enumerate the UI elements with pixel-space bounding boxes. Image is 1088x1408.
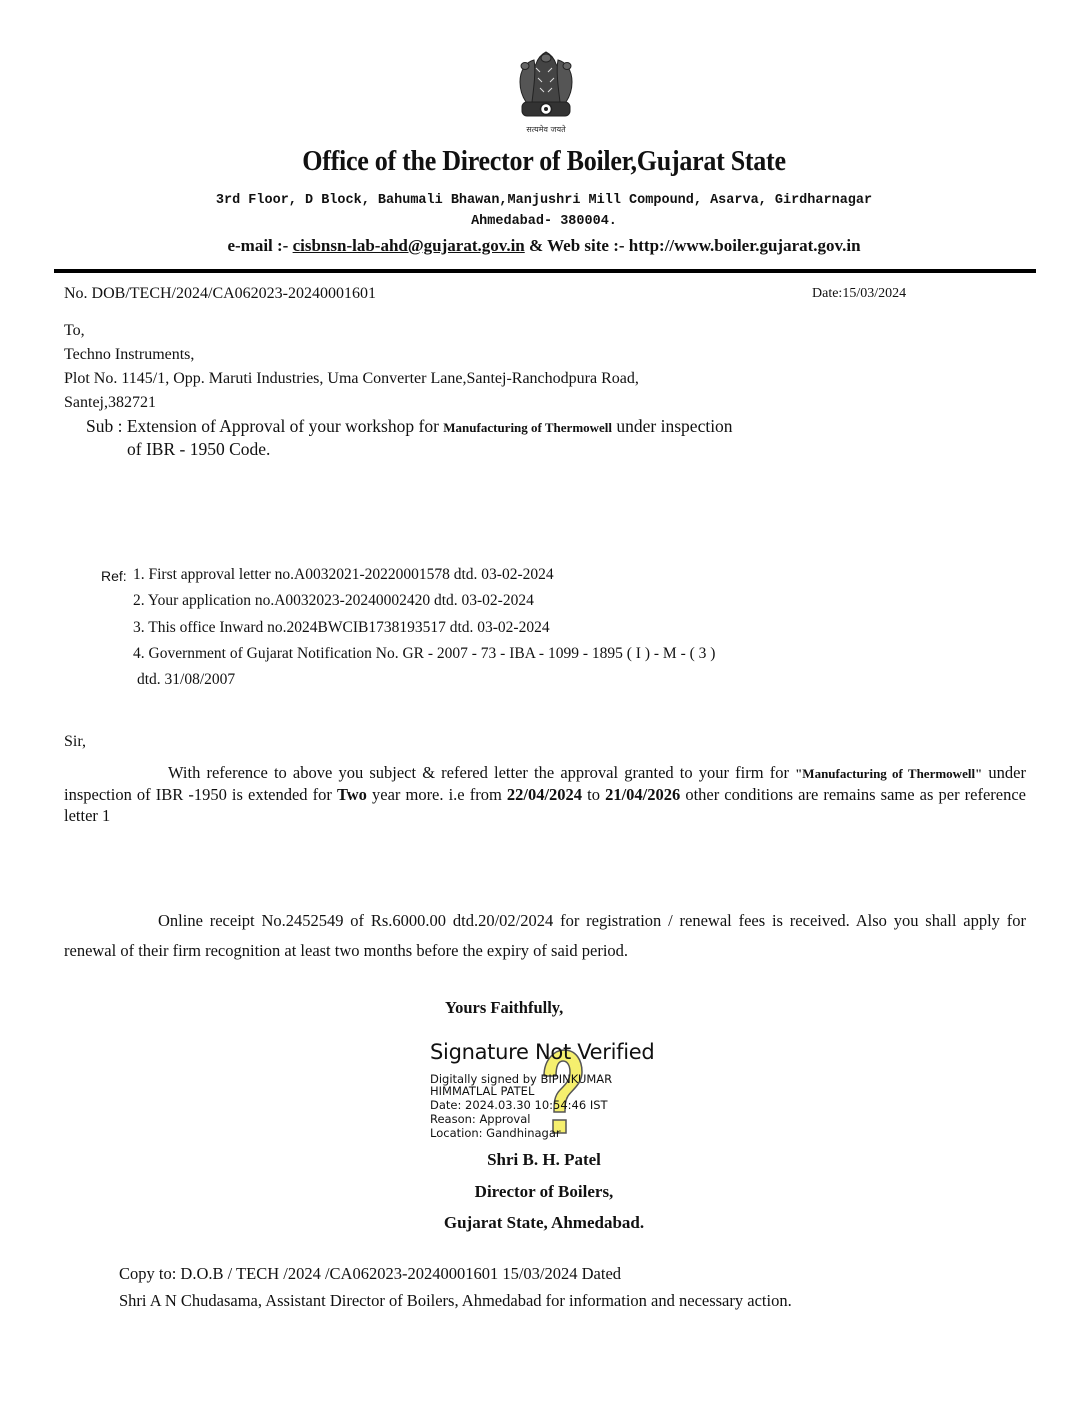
office-address-line2: Ahmedabad- 380004. [0, 214, 1088, 229]
email-link[interactable]: cisbnsn-lab-ahd@gujarat.gov.in [293, 236, 525, 255]
office-address-line1: 3rd Floor, D Block, Bahumali Bhawan,Manj… [0, 193, 1088, 208]
recipient-address-line1: Plot No. 1145/1, Opp. Maruti Industries,… [64, 370, 639, 388]
signatory-office: Gujarat State, Ahmedabad. [0, 1213, 1088, 1233]
signatory-name: Shri B. H. Patel [0, 1150, 1088, 1170]
office-title: Office of the Director of Boiler,Gujarat… [38, 146, 1050, 178]
reference-item-1: 1. First approval letter no.A0032021-202… [133, 566, 554, 584]
paragraph-text: to [582, 785, 605, 804]
copy-to-line1: Copy to: D.O.B / TECH /2024 /CA062023-20… [119, 1264, 621, 1284]
signature-date: Date: 2024.03.30 10:54:46 IST [430, 1099, 608, 1112]
subject-product: Manufacturing of Thermowell [443, 420, 612, 435]
email-label: e-mail :- [227, 236, 292, 255]
valid-to-date: 21/04/2026 [605, 785, 680, 804]
website-link[interactable]: http://www.boiler.gujarat.gov.in [629, 236, 861, 255]
valid-from-date: 22/04/2024 [507, 785, 582, 804]
recipient-address-line2: Santej,382721 [64, 394, 156, 412]
signature-signer-name: HIMMATLAL PATEL [430, 1085, 534, 1098]
reference-item-4-continued: dtd. 31/08/2007 [137, 671, 235, 689]
letter-date: Date:15/03/2024 [812, 286, 906, 302]
extension-duration: Two [337, 785, 367, 804]
signatory-designation: Director of Boilers, [0, 1182, 1088, 1202]
reference-label: Ref: [101, 568, 127, 584]
paragraph-text: With reference to above you subject & re… [168, 763, 795, 782]
reference-item-4: 4. Government of Gujarat Notification No… [133, 645, 715, 663]
digital-signature-block[interactable]: Signature Not Verified Digitally signed … [430, 1040, 690, 1144]
reference-item-3: 3. This office Inward no.2024BWCIB173819… [133, 619, 550, 637]
subject-text-after: under inspection [612, 416, 733, 436]
letter-number: No. DOB/TECH/2024/CA062023-20240001601 [64, 285, 376, 303]
subject-text: Extension of Approval of your workshop f… [127, 416, 443, 436]
header-divider [54, 269, 1036, 273]
subject-line2: of IBR - 1950 Code. [127, 439, 270, 460]
closing: Yours Faithfully, [445, 998, 563, 1018]
approval-paragraph: With reference to above you subject & re… [64, 762, 1026, 826]
signature-reason: Reason: Approval [430, 1113, 530, 1126]
copy-to-line2: Shri A N Chudasama, Assistant Director o… [119, 1291, 792, 1311]
svg-text:सत्यमेव जयते: सत्यमेव जयते [526, 124, 566, 134]
website-label: & Web site :- [525, 236, 629, 255]
subject-label: Sub : [86, 416, 127, 436]
recipient-name: Techno Instruments, [64, 346, 194, 364]
signature-location: Location: Gandhinagar [430, 1127, 561, 1140]
national-emblem-icon: सत्यमेव जयते [506, 42, 586, 138]
reference-item-2: 2. Your application no.A0032023-20240002… [133, 592, 534, 610]
approved-product: "Manufacturing of Thermowell" [795, 766, 982, 781]
fees-paragraph: Online receipt No.2452549 of Rs.6000.00 … [64, 906, 1026, 966]
contact-line: e-mail :- cisbnsn-lab-ahd@gujarat.gov.in… [0, 236, 1088, 256]
subject-line: Sub : Extension of Approval of your work… [86, 416, 733, 437]
to-label: To, [64, 322, 85, 340]
signature-status: Signature Not Verified [430, 1040, 654, 1064]
paragraph-text: year more. i.e from [367, 785, 507, 804]
salutation: Sir, [64, 733, 86, 751]
